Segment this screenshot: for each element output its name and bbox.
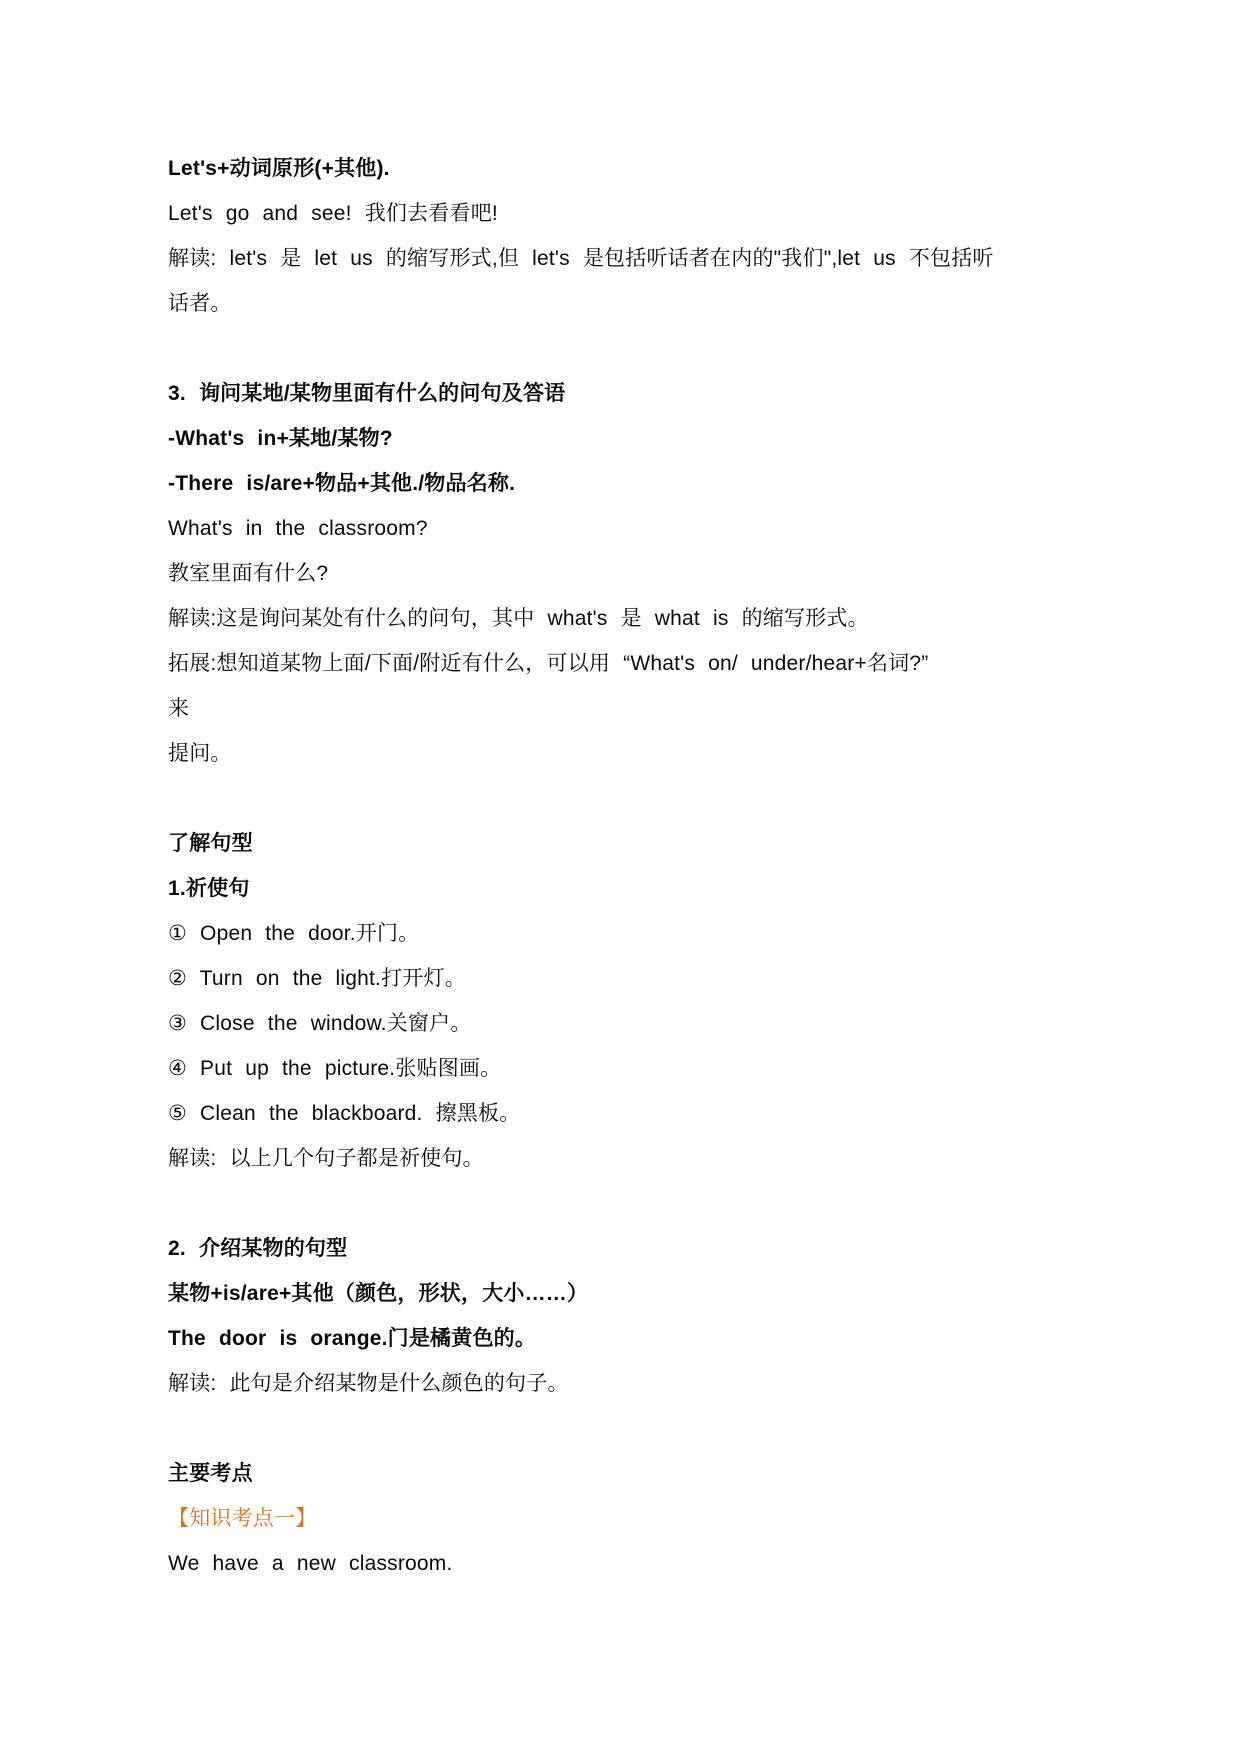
- heading-line: 2. 介绍某物的句型: [168, 1226, 1073, 1271]
- body-line: What's in the classroom?: [168, 506, 1073, 551]
- heading-line: -What's in+某地/某物?: [168, 416, 1073, 461]
- blank-line: [168, 326, 1073, 371]
- heading-line: 了解句型: [168, 821, 1073, 866]
- blank-line: [168, 1406, 1073, 1451]
- body-line: ⑤ Clean the blackboard. 擦黑板。: [168, 1091, 1073, 1136]
- document-content: Let's+动词原形(+其他).Let's go and see! 我们去看看吧…: [168, 146, 1073, 1586]
- body-line: 解读: 以上几个句子都是祈使句。: [168, 1136, 1073, 1181]
- heading-line: 3. 询问某地/某物里面有什么的问句及答语: [168, 371, 1073, 416]
- blank-line: [168, 1181, 1073, 1226]
- body-line: 来: [168, 686, 1073, 731]
- heading-line: 1.祈使句: [168, 866, 1073, 911]
- body-line: 教室里面有什么?: [168, 551, 1073, 596]
- body-line: We have a new classroom.: [168, 1541, 1073, 1586]
- blank-line: [168, 776, 1073, 821]
- heading-line: Let's+动词原形(+其他).: [168, 146, 1073, 191]
- body-line: Let's go and see! 我们去看看吧!: [168, 191, 1073, 236]
- heading-line: -There is/are+物品+其他./物品名称.: [168, 461, 1073, 506]
- body-line: 解读: 此句是介绍某物是什么颜色的句子。: [168, 1361, 1073, 1406]
- body-line: ① Open the door.开门。: [168, 911, 1073, 956]
- body-line: 拓展:想知道某物上面/下面/附近有什么，可以用 “What's on/ unde…: [168, 641, 1073, 686]
- body-line: 解读: let's 是 let us 的缩写形式,但 let's 是包括听话者在…: [168, 236, 1073, 281]
- body-line: ③ Close the window.关窗户。: [168, 1001, 1073, 1046]
- body-line: 提问。: [168, 731, 1073, 776]
- body-line: 话者。: [168, 281, 1073, 326]
- document-page: Let's+动词原形(+其他).Let's go and see! 我们去看看吧…: [0, 0, 1241, 1754]
- heading-line: 主要考点: [168, 1451, 1073, 1496]
- body-line: ② Turn on the light.打开灯。: [168, 956, 1073, 1001]
- body-line: 解读:这是询问某处有什么的问句，其中 what's 是 what is 的缩写形…: [168, 596, 1073, 641]
- body-line: ④ Put up the picture.张贴图画。: [168, 1046, 1073, 1091]
- heading-line: 某物+is/are+其他（颜色，形状，大小……）: [168, 1271, 1073, 1316]
- heading-line: The door is orange.门是橘黄色的。: [168, 1316, 1073, 1361]
- knowledge-point-accent-line: 【知识考点一】: [168, 1496, 1073, 1541]
